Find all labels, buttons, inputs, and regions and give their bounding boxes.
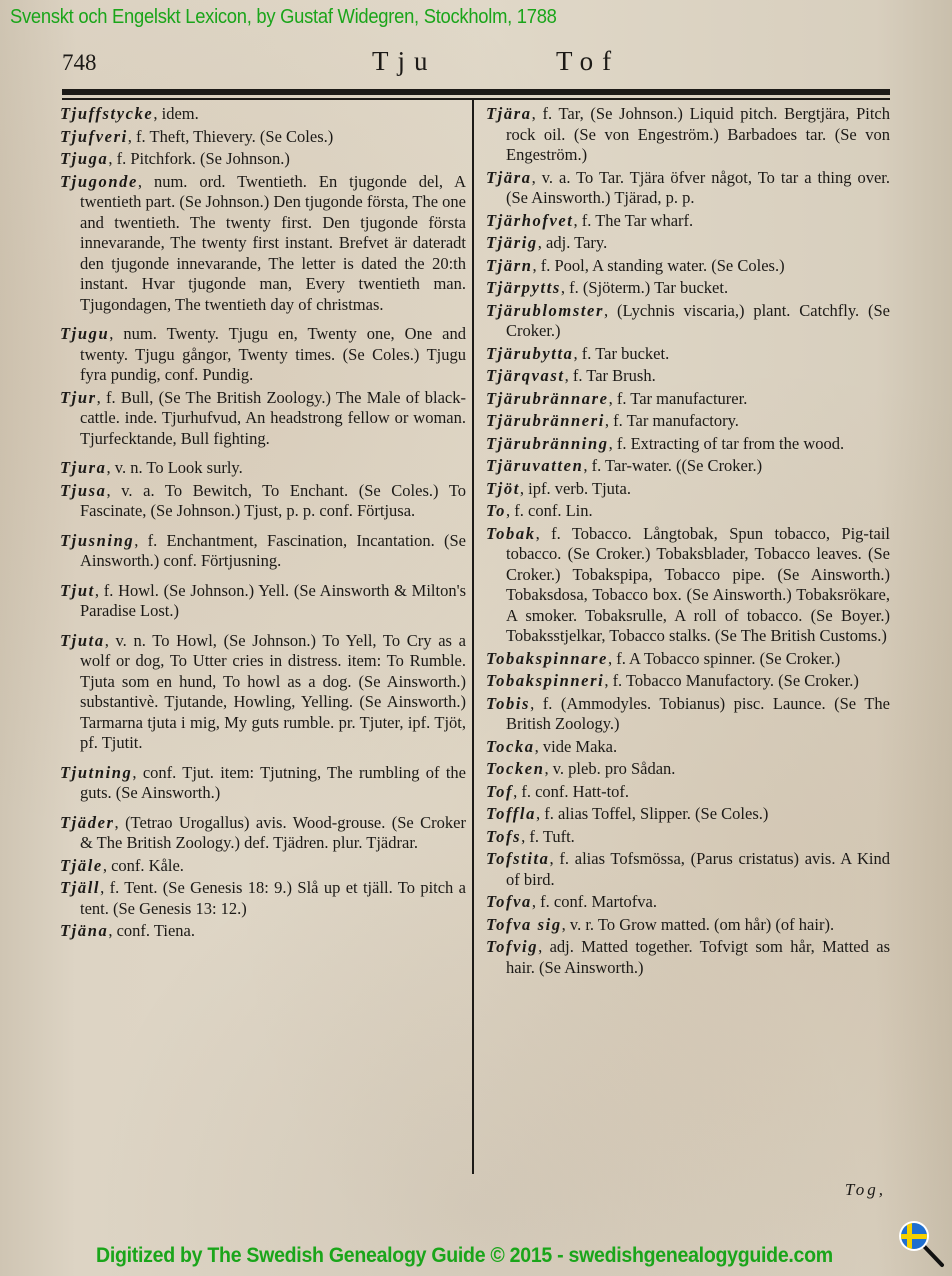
dictionary-entry: Tjugu, num. Twenty. Tjugu en, Twenty one… xyxy=(60,324,466,386)
headword: Tjäder xyxy=(60,813,115,832)
dictionary-entry: Tofstita, f. alias Tofsmössa, (Parus cri… xyxy=(486,849,890,890)
dictionary-entry: Tjöt, ipf. verb. Tjuta. xyxy=(486,479,890,500)
definition: , f. alias Toffel, Slipper. (Se Coles.) xyxy=(536,804,768,823)
dictionary-entry: Tjusa, v. a. To Bewitch, To Enchant. (Se… xyxy=(60,481,466,522)
headword: Tjäruvatten xyxy=(486,456,583,475)
right-column: Tjära, f. Tar, (Se Johnson.) Liquid pitc… xyxy=(486,104,890,980)
dictionary-entry: Tjuga, f. Pitchfork. (Se Johnson.) xyxy=(60,149,466,170)
definition: , f. Tar-water. ((Se Croker.) xyxy=(583,456,762,475)
headword: Tof xyxy=(486,782,513,801)
dictionary-entry: Tjur, f. Bull, (Se The British Zoology.)… xyxy=(60,388,466,450)
dictionary-entry: Tjärubränning, f. Extracting of tar from… xyxy=(486,434,890,455)
definition: , f. The Tar wharf. xyxy=(574,211,694,230)
headword: Tjärpytts xyxy=(486,278,561,297)
headword: Tjärubränneri xyxy=(486,411,605,430)
definition: , f. conf. Martofva. xyxy=(532,892,657,911)
definition: , f. alias Tofsmössa, (Parus cristatus) … xyxy=(506,849,890,889)
left-column: Tjuffstycke, idem. Tjufveri, f. Theft, T… xyxy=(60,104,466,944)
definition: , vide Maka. xyxy=(535,737,617,756)
definition: , conf. Kåle. xyxy=(103,856,184,875)
definition: , f. Tobacco. Långtobak, Spun tobacco, P… xyxy=(506,524,890,646)
dictionary-entry: Tjusning, f. Enchantment, Fascination, I… xyxy=(60,531,466,572)
definition: , f. Bull, (Se The British Zoology.) The… xyxy=(80,388,466,448)
dictionary-entry: Tjärubytta, f. Tar bucket. xyxy=(486,344,890,365)
dictionary-entry: To, f. conf. Lin. xyxy=(486,501,890,522)
headword: Tjärhofvet xyxy=(486,211,574,230)
dictionary-entry: Tjäder, (Tetrao Urogallus) avis. Wood-gr… xyxy=(60,813,466,854)
dictionary-entry: Tjura, v. n. To Look surly. xyxy=(60,458,466,479)
headword: Tjuta xyxy=(60,631,105,650)
headword: Tjugonde xyxy=(60,172,138,191)
definition: , f. conf. Lin. xyxy=(506,501,593,520)
headword: Tobakspinneri xyxy=(486,671,604,690)
headword: Tjärubrännare xyxy=(486,389,609,408)
definition: , f. Extracting of tar from the wood. xyxy=(609,434,845,453)
headword: Tjusning xyxy=(60,531,134,550)
headword: Tocken xyxy=(486,759,545,778)
headword: Tjärig xyxy=(486,233,538,252)
headword: Tjufveri xyxy=(60,127,128,146)
headword: Tjuga xyxy=(60,149,108,168)
headword: Tjutning xyxy=(60,763,132,782)
page-number: 748 xyxy=(62,50,97,76)
definition: , f. Theft, Thievery. (Se Coles.) xyxy=(128,127,333,146)
dictionary-entry: Tjutning, conf. Tjut. item: Tjutning, Th… xyxy=(60,763,466,804)
dictionary-entry: Tjära, v. a. To Tar. Tjära öfver något, … xyxy=(486,168,890,209)
headword: Tjäna xyxy=(60,921,108,940)
headword: Tjöt xyxy=(486,479,520,498)
headword: Tjut xyxy=(60,581,95,600)
dictionary-entry: Toffla, f. alias Toffel, Slipper. (Se Co… xyxy=(486,804,890,825)
dictionary-entry: Tjärqvast, f. Tar Brush. xyxy=(486,366,890,387)
definition: , idem. xyxy=(153,104,198,123)
dictionary-entry: Tjugonde, num. ord. Twentieth. En tjugon… xyxy=(60,172,466,316)
dictionary-entry: Tjärhofvet, f. The Tar wharf. xyxy=(486,211,890,232)
swedish-flag-magnifier-icon xyxy=(897,1219,947,1269)
definition: , (Tetrao Urogallus) avis. Wood-grouse. … xyxy=(80,813,466,853)
definition: , f. Tar, (Se Johnson.) Liquid pitch. Be… xyxy=(506,104,890,164)
definition: , f. Tobacco Manufactory. (Se Croker.) xyxy=(604,671,859,690)
headword: Tjusa xyxy=(60,481,107,500)
definition: , f. Tar manufacturer. xyxy=(609,389,748,408)
dictionary-entry: Tjärubränneri, f. Tar manufactory. xyxy=(486,411,890,432)
dictionary-entry: Tofvig, adj. Matted together. Tofvigt so… xyxy=(486,937,890,978)
headword: Tobakspinnare xyxy=(486,649,608,668)
definition: , v. r. To Grow matted. (om hår) (of hai… xyxy=(562,915,834,934)
dictionary-entry: Tjäna, conf. Tiena. xyxy=(60,921,466,942)
headword: Tocka xyxy=(486,737,535,756)
definition: , num. Twenty. Tjugu en, Twenty one, One… xyxy=(80,324,466,384)
definition: , conf. Tiena. xyxy=(108,921,195,940)
headword: Tofvig xyxy=(486,937,538,956)
dictionary-entry: Tjärn, f. Pool, A standing water. (Se Co… xyxy=(486,256,890,277)
headword: Tobak xyxy=(486,524,536,543)
headword: Tobis xyxy=(486,694,530,713)
dictionary-entry: Tofva, f. conf. Martofva. xyxy=(486,892,890,913)
definition: , f. Tar Brush. xyxy=(565,366,656,385)
headword: Tofva sig xyxy=(486,915,562,934)
definition: , f. Enchantment, Fascination, Incantati… xyxy=(80,531,466,571)
headword: Tjärubränning xyxy=(486,434,609,453)
definition: , v. a. To Bewitch, To Enchant. (Se Cole… xyxy=(80,481,466,521)
headword: Tofva xyxy=(486,892,532,911)
headword: Tjärn xyxy=(486,256,533,275)
definition: , v. n. To Howl, (Se Johnson.) To Yell, … xyxy=(80,631,466,753)
dictionary-entry: Tocka, vide Maka. xyxy=(486,737,890,758)
catchword: Tog, xyxy=(845,1180,886,1200)
dictionary-entry: Tjärubrännare, f. Tar manufacturer. xyxy=(486,389,890,410)
headword: Tofstita xyxy=(486,849,550,868)
dictionary-entry: Tof, f. conf. Hatt-tof. xyxy=(486,782,890,803)
definition: , f. Tar bucket. xyxy=(574,344,670,363)
guide-word-left: Tju xyxy=(372,46,437,77)
running-head: 748 Tju Tof xyxy=(60,44,892,84)
headword: Tjugu xyxy=(60,324,109,343)
dictionary-entry: Tobak, f. Tobacco. Långtobak, Spun tobac… xyxy=(486,524,890,647)
headword: Tjäll xyxy=(60,878,100,897)
definition: , v. pleb. pro Sådan. xyxy=(545,759,676,778)
headword: Tjäle xyxy=(60,856,103,875)
header-rule xyxy=(62,89,890,95)
dictionary-entry: Tjäle, conf. Kåle. xyxy=(60,856,466,877)
dictionary-entry: Tjuffstycke, idem. xyxy=(60,104,466,125)
dictionary-entry: Tobis, f. (Ammodyles. Tobianus) pisc. La… xyxy=(486,694,890,735)
dictionary-entry: Tofva sig, v. r. To Grow matted. (om hår… xyxy=(486,915,890,936)
headword: Tjärqvast xyxy=(486,366,565,385)
definition: , f. (Ammodyles. Tobianus) pisc. Launce.… xyxy=(506,694,890,734)
dictionary-entry: Tjärig, adj. Tary. xyxy=(486,233,890,254)
headword: Tjärubytta xyxy=(486,344,574,363)
headword: Toffla xyxy=(486,804,536,823)
dictionary-entry: Tjuta, v. n. To Howl, (Se Johnson.) To Y… xyxy=(60,631,466,754)
headword: Tjära xyxy=(486,168,532,187)
dictionary-entry: Tobakspinneri, f. Tobacco Manufactory. (… xyxy=(486,671,890,692)
headword: Tjura xyxy=(60,458,107,477)
column-divider xyxy=(472,100,474,1174)
definition: , f. Pool, A standing water. (Se Coles.) xyxy=(533,256,785,275)
footer-credit: Digitized by The Swedish Genealogy Guide… xyxy=(96,1244,833,1268)
definition: , f. Tuft. xyxy=(521,827,575,846)
definition: , v. n. To Look surly. xyxy=(107,458,243,477)
definition: , f. Howl. (Se Johnson.) Yell. (Se Ainsw… xyxy=(80,581,466,621)
definition: , adj. Tary. xyxy=(538,233,607,252)
headword: Tjuffstycke xyxy=(60,104,153,123)
watermark-title: Svenskt och Engelskt Lexicon, by Gustaf … xyxy=(10,6,557,29)
definition: , f. Pitchfork. (Se Johnson.) xyxy=(108,149,289,168)
headword: Tjärublomster xyxy=(486,301,604,320)
definition: , conf. Tjut. item: Tjutning, The rumbli… xyxy=(80,763,466,803)
header-rule-thin xyxy=(62,98,890,100)
headword: Tjära xyxy=(486,104,532,123)
dictionary-entry: Tjärpytts, f. (Sjöterm.) Tar bucket. xyxy=(486,278,890,299)
definition: , f. A Tobacco spinner. (Se Croker.) xyxy=(608,649,840,668)
definition: , f. (Sjöterm.) Tar bucket. xyxy=(561,278,728,297)
dictionary-entry: Tjäruvatten, f. Tar-water. ((Se Croker.) xyxy=(486,456,890,477)
headword: Tofs xyxy=(486,827,521,846)
definition: , ipf. verb. Tjuta. xyxy=(520,479,631,498)
guide-word-right: Tof xyxy=(556,46,620,77)
dictionary-entry: Tofs, f. Tuft. xyxy=(486,827,890,848)
dictionary-entry: Tjära, f. Tar, (Se Johnson.) Liquid pitc… xyxy=(486,104,890,166)
definition: , adj. Matted together. Tofvigt som hår,… xyxy=(506,937,890,977)
dictionary-entry: Tjärublomster, (Lychnis viscaria,) plant… xyxy=(486,301,890,342)
headword: To xyxy=(486,501,506,520)
definition: , f. Tar manufactory. xyxy=(605,411,739,430)
dictionary-entry: Tocken, v. pleb. pro Sådan. xyxy=(486,759,890,780)
dictionary-entry: Tjufveri, f. Theft, Thievery. (Se Coles.… xyxy=(60,127,466,148)
definition: , v. a. To Tar. Tjära öfver något, To ta… xyxy=(506,168,890,208)
headword: Tjur xyxy=(60,388,97,407)
dictionary-entry: Tjut, f. Howl. (Se Johnson.) Yell. (Se A… xyxy=(60,581,466,622)
dictionary-entry: Tjäll, f. Tent. (Se Genesis 18: 9.) Slå … xyxy=(60,878,466,919)
definition: , f. conf. Hatt-tof. xyxy=(513,782,629,801)
definition: , f. Tent. (Se Genesis 18: 9.) Slå up et… xyxy=(80,878,466,918)
dictionary-entry: Tobakspinnare, f. A Tobacco spinner. (Se… xyxy=(486,649,890,670)
definition: , num. ord. Twentieth. En tjugonde del, … xyxy=(80,172,466,314)
